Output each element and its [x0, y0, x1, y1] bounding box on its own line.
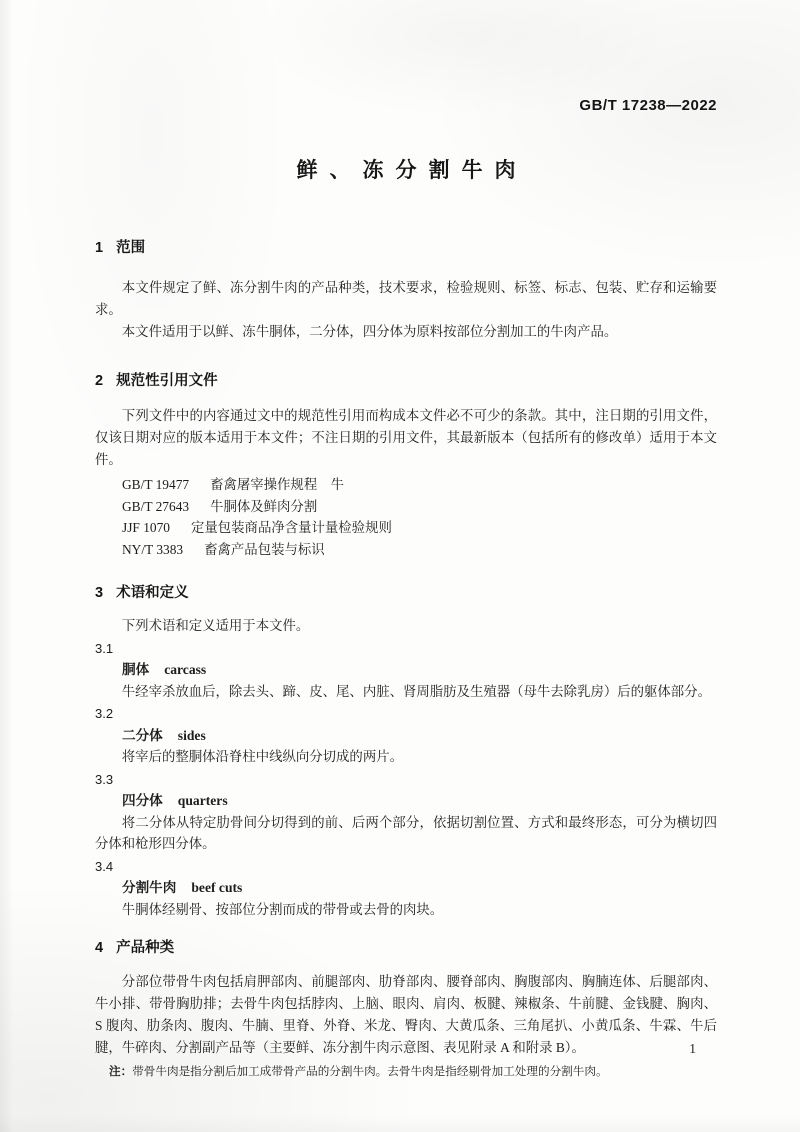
term-name: 胴体carcass — [95, 659, 717, 681]
page-number: 1 — [689, 1041, 696, 1057]
reference-title: 畜禽产品包装与标识 — [204, 542, 325, 557]
reference-item: GB/T 19477畜禽屠宰操作规程 牛 — [95, 474, 717, 496]
term-entry-beef-cuts: 3.4 分割牛肉beef cuts 牛胴体经剔骨、按部位分割而成的带骨或去骨的肉… — [95, 856, 717, 921]
section-products-heading: 4产品种类 — [95, 936, 717, 957]
section-product-categories: 4产品种类 分部位带骨牛肉包括肩胛部肉、前腿部肉、肋脊部肉、腰脊部肉、胸腹部肉、… — [95, 936, 717, 1081]
section-number: 1 — [95, 240, 103, 256]
section-title: 范围 — [116, 240, 145, 256]
term-definition: 牛经宰杀放血后，除去头、蹄、皮、尾、内脏、肾周脂肪及生殖器（母牛去除乳房）后的躯… — [95, 681, 717, 703]
section-normative-references: 2规范性引用文件 下列文件中的内容通过文中的规范性引用而构成本文件必不可少的条款… — [95, 369, 717, 561]
term-english: beef cuts — [191, 880, 242, 895]
term-entry-carcass: 3.1 胴体carcass 牛经宰杀放血后，除去头、蹄、皮、尾、内脏、肾周脂肪及… — [95, 638, 717, 703]
section-scope-heading: 1范围 — [95, 236, 717, 257]
section-number: 3 — [95, 585, 103, 601]
page-content: GB/T 17238—2022 鲜、冻分割牛肉 1范围 本文件规定了鲜、冻分割牛… — [0, 0, 800, 1081]
term-entry-quarters: 3.3 四分体quarters 将二分体从特定肋骨间分切得到的前、后两个部分，依… — [95, 769, 717, 855]
term-number: 3.2 — [95, 703, 717, 725]
document-title: 鲜、冻分割牛肉 — [95, 154, 717, 184]
term-number: 3.1 — [95, 638, 717, 660]
terms-intro: 下列术语和定义适用于本文件。 — [95, 615, 717, 637]
term-definition: 牛胴体经剔骨、按部位分割而成的带骨或去骨的肉块。 — [95, 899, 717, 921]
reference-title: 畜禽屠宰操作规程 牛 — [210, 477, 344, 492]
term-name: 四分体quarters — [95, 790, 717, 812]
reference-list: GB/T 19477畜禽屠宰操作规程 牛 GB/T 27643牛胴体及鲜肉分割 … — [95, 474, 717, 561]
scope-paragraph-1: 本文件规定了鲜、冻分割牛肉的产品种类，技术要求，检验规则、标签、标志、包装、贮存… — [95, 277, 717, 321]
products-paragraph: 分部位带骨牛肉包括肩胛部肉、前腿部肉、肋脊部肉、腰脊部肉、胸腹部肉、胸腩连体、后… — [95, 971, 717, 1059]
scope-paragraph-2: 本文件适用于以鲜、冻牛胴体，二分体，四分体为原料按部位分割加工的牛肉产品。 — [95, 321, 717, 343]
term-chinese: 胴体 — [122, 662, 149, 677]
refs-intro-paragraph: 下列文件中的内容通过文中的规范性引用而构成本文件必不可少的条款。其中，注日期的引… — [95, 405, 717, 471]
section-number: 2 — [95, 373, 103, 389]
reference-code: JJF 1070 — [122, 520, 170, 535]
reference-item: NY/T 3383畜禽产品包装与标识 — [95, 539, 717, 561]
term-english: carcass — [164, 662, 206, 677]
term-name: 分割牛肉beef cuts — [95, 877, 717, 899]
reference-code: GB/T 19477 — [122, 477, 189, 492]
section-title: 规范性引用文件 — [116, 373, 218, 389]
reference-title: 牛胴体及鲜肉分割 — [210, 499, 317, 514]
term-english: quarters — [178, 793, 228, 808]
term-english: sides — [178, 728, 206, 743]
reference-code: NY/T 3383 — [122, 542, 183, 557]
scanned-document-page: GB/T 17238—2022 鲜、冻分割牛肉 1范围 本文件规定了鲜、冻分割牛… — [0, 0, 800, 1132]
term-number: 3.4 — [95, 856, 717, 878]
section-scope: 1范围 本文件规定了鲜、冻分割牛肉的产品种类，技术要求，检验规则、标签、标志、包… — [95, 236, 717, 343]
term-chinese: 分割牛肉 — [122, 880, 176, 895]
reference-code: GB/T 27643 — [122, 499, 189, 514]
term-chinese: 四分体 — [122, 793, 163, 808]
note-text: 带骨牛肉是指分割后加工成带骨产品的分割牛肉。去骨牛肉是指经剔骨加工处理的分割牛肉… — [132, 1065, 607, 1078]
term-definition: 将二分体从特定肋骨间分切得到的前、后两个部分，依据切割位置、方式和最终形态，可分… — [95, 812, 717, 855]
section-title: 产品种类 — [116, 940, 174, 956]
term-definition: 将宰后的整胴体沿脊柱中线纵向分切成的两片。 — [95, 746, 717, 768]
term-chinese: 二分体 — [122, 728, 163, 743]
section-terms-heading: 3术语和定义 — [95, 581, 717, 602]
reference-item: GB/T 27643牛胴体及鲜肉分割 — [95, 496, 717, 518]
section-refs-heading: 2规范性引用文件 — [95, 369, 717, 390]
term-entry-sides: 3.2 二分体sides 将宰后的整胴体沿脊柱中线纵向分切成的两片。 — [95, 703, 717, 768]
section-number: 4 — [95, 940, 103, 956]
section-terms-definitions: 3术语和定义 下列术语和定义适用于本文件。 3.1 胴体carcass 牛经宰杀… — [95, 581, 717, 921]
term-name: 二分体sides — [95, 725, 717, 747]
standard-code: GB/T 17238—2022 — [95, 97, 717, 114]
products-note: 注：带骨牛肉是指分割后加工成带骨产品的分割牛肉。去骨牛肉是指经剔骨加工处理的分割… — [109, 1062, 717, 1081]
term-number: 3.3 — [95, 769, 717, 791]
reference-item: JJF 1070定量包装商品净含量计量检验规则 — [95, 517, 717, 539]
section-title: 术语和定义 — [116, 585, 189, 601]
note-label: 注： — [109, 1065, 132, 1078]
reference-title: 定量包装商品净含量计量检验规则 — [191, 520, 392, 535]
